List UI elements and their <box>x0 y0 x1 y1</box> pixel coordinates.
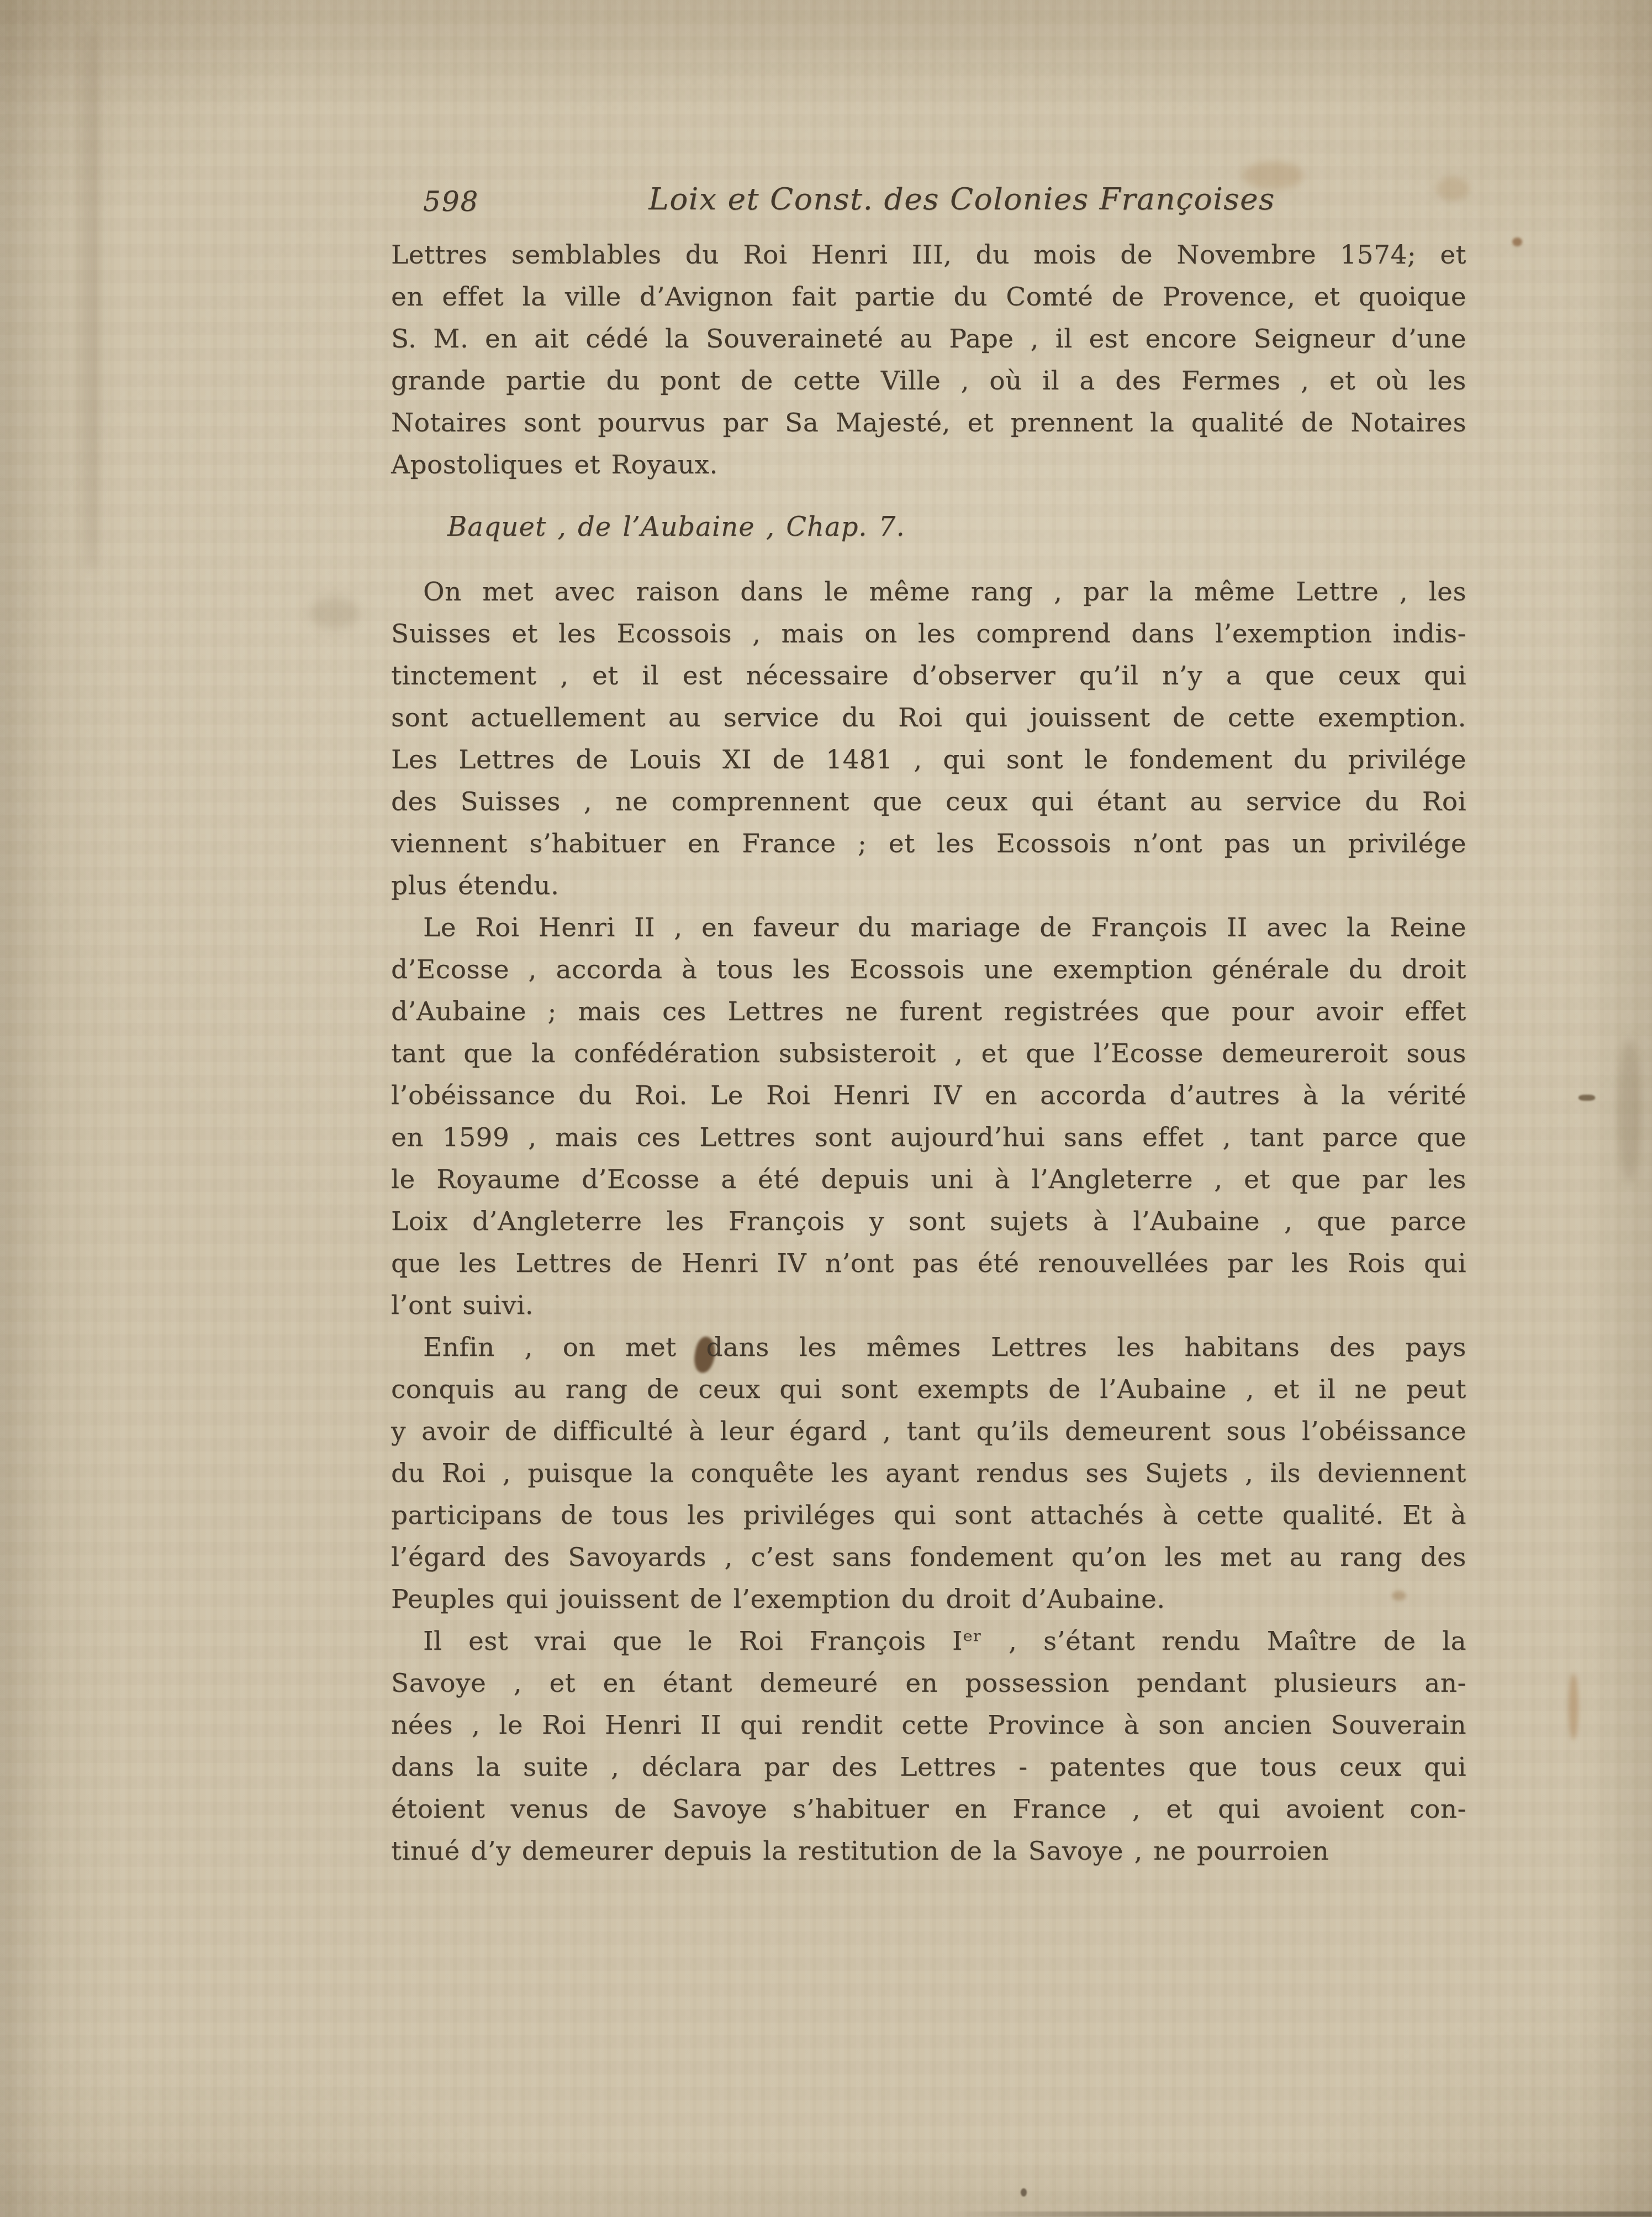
running-title: Loix et Const. des Colonies Françoises <box>391 181 1466 217</box>
page-header: 598 Loix et Const. des Colonies François… <box>391 181 1466 231</box>
paper-crease <box>83 28 99 569</box>
text-line: tinctement , et il est nécessaire d’obse… <box>391 655 1466 697</box>
text-line: plus étendu. <box>391 865 1466 907</box>
text-line: que les Lettres de Henri IV n’ont pas ét… <box>391 1243 1466 1285</box>
citation-line: Baquet , de l’Aubaine , Chap. 7. <box>391 506 1466 548</box>
text-line: y avoir de difficulté à leur égard , tan… <box>391 1411 1466 1453</box>
text-line: Notaires sont pourvus par Sa Majesté, et… <box>391 402 1466 444</box>
text-line: Peuples qui jouissent de l’exemption du … <box>391 1579 1466 1620</box>
text-line: sont actuellement au service du Roi qui … <box>391 697 1466 739</box>
paragraph-1: Lettres semblables du Roi Henri III, du … <box>391 234 1466 486</box>
paragraph-3: Le Roi Henri II , en faveur du mariage d… <box>391 907 1466 1327</box>
text-line: d’Ecosse , accorda à tous les Ecossois u… <box>391 949 1466 991</box>
text-line: Lettres semblables du Roi Henri III, du … <box>391 234 1466 276</box>
rust-stain <box>1569 1674 1579 1740</box>
text-line: Enfin , on met dans les mêmes Lettres le… <box>391 1327 1466 1369</box>
text-line: tant que la confédération subsisteroit ,… <box>391 1033 1466 1075</box>
text-line: Suisses et les Ecossois , mais on les co… <box>391 613 1466 655</box>
text-line: en effet la ville d’Avignon fait partie … <box>391 276 1466 318</box>
text-line: Loix d’Angleterre les François y sont su… <box>391 1201 1466 1243</box>
text-line: du Roi , puisque la conquête les ayant r… <box>391 1453 1466 1495</box>
scan-edge-shadow <box>950 2211 1652 2217</box>
text-line: On met avec raison dans le même rang , p… <box>391 571 1466 613</box>
text-line: S. M. en ait cédé la Souveraineté au Pap… <box>391 318 1466 360</box>
text-line: l’obéissance du Roi. Le Roi Henri IV en … <box>391 1075 1466 1117</box>
text-line: Il est vrai que le Roi François Iᵉʳ , s’… <box>391 1620 1466 1662</box>
citation-reference: Baquet , de l’Aubaine , Chap. 7. <box>391 506 1466 548</box>
paragraph-2: On met avec raison dans le même rang , p… <box>391 571 1466 907</box>
text-line: Apostoliques et Royaux. <box>391 444 1466 486</box>
paragraph-5: Il est vrai que le Roi François Iᵉʳ , s’… <box>391 1620 1466 1872</box>
text-line: nées , le Roi Henri II qui rendit cette … <box>391 1704 1466 1746</box>
paper-stain <box>309 597 359 630</box>
page-number: 598 <box>423 186 479 218</box>
text-line: viennent s’habituer en France ; et les E… <box>391 823 1466 865</box>
text-line: conquis au rang de ceux qui sont exempts… <box>391 1369 1466 1411</box>
ink-speck <box>1021 2188 1027 2197</box>
text-line: étoient venus de Savoye s’habituer en Fr… <box>391 1788 1466 1830</box>
text-line: en 1599 , mais ces Lettres sont aujourd’… <box>391 1117 1466 1159</box>
text-line: le Royaume d’Ecosse a été depuis uni à l… <box>391 1159 1466 1201</box>
text-line: grande partie du pont de cette Ville , o… <box>391 360 1466 402</box>
text-line: des Suisses , ne comprennent que ceux qu… <box>391 781 1466 823</box>
paragraph-4: Enfin , on met dans les mêmes Lettres le… <box>391 1327 1466 1620</box>
text-line: dans la suite , déclara par des Lettres … <box>391 1746 1466 1788</box>
text-line: l’ont suivi. <box>391 1285 1466 1327</box>
text-line: Savoye , et en étant demeuré en possessi… <box>391 1662 1466 1704</box>
margin-ink-mark <box>1579 1095 1595 1101</box>
paper-stain <box>1618 1038 1640 1182</box>
text-line: l’égard des Savoyards , c’est sans fonde… <box>391 1537 1466 1579</box>
text-block: Lettres semblables du Roi Henri III, du … <box>391 234 1466 1872</box>
text-line: participans de tous les priviléges qui s… <box>391 1495 1466 1537</box>
book-page-scan: 598 Loix et Const. des Colonies François… <box>0 0 1652 2217</box>
text-line: tinué d’y demeurer depuis la restitution… <box>391 1830 1466 1872</box>
text-line: Le Roi Henri II , en faveur du mariage d… <box>391 907 1466 949</box>
ink-speck <box>1512 237 1522 246</box>
text-line: d’Aubaine ; mais ces Lettres ne furent r… <box>391 991 1466 1033</box>
text-line: Les Lettres de Louis XI de 1481 , qui so… <box>391 739 1466 781</box>
